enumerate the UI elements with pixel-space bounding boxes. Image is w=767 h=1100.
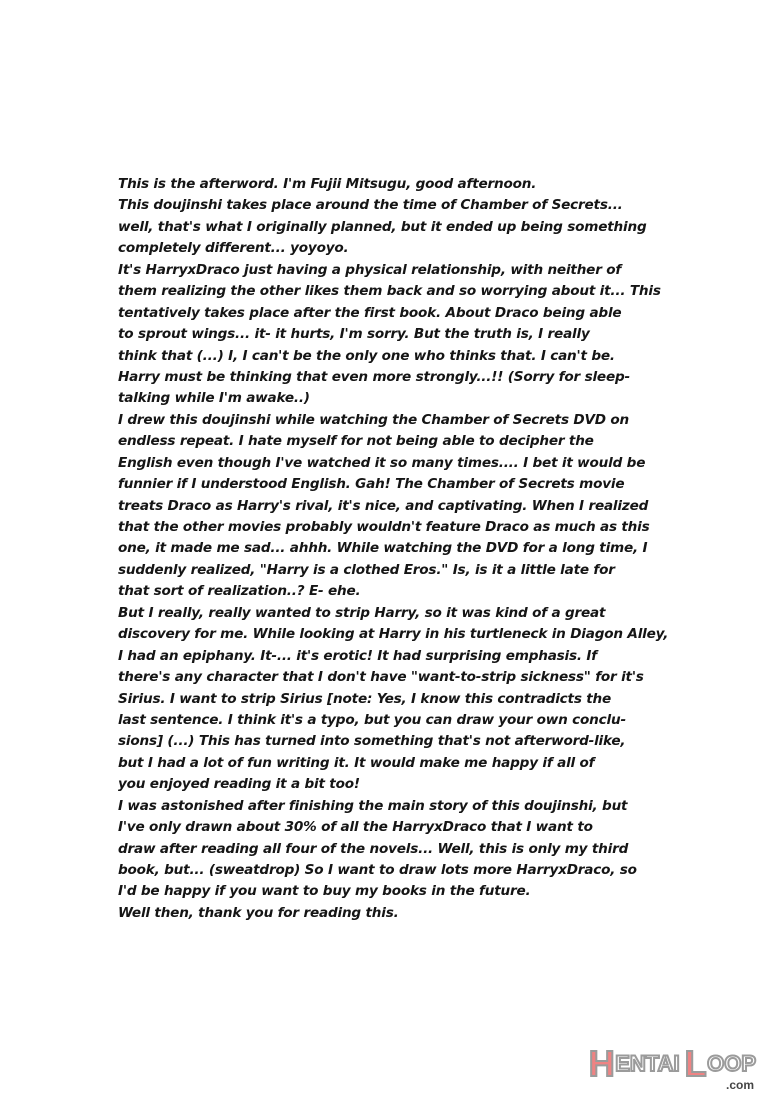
afterword-line: treats Draco as Harry's rival, it's nice… xyxy=(118,496,678,517)
afterword-line: But I really, really wanted to strip Har… xyxy=(118,603,678,624)
afterword-line: well, that's what I originally planned, … xyxy=(118,217,678,238)
afterword-line: discovery for me. While looking at Harry… xyxy=(118,624,678,645)
afterword-line: you enjoyed reading it a bit too! xyxy=(118,774,678,795)
afterword-line: that the other movies probably wouldn't … xyxy=(118,517,678,538)
afterword-line: draw after reading all four of the novel… xyxy=(118,839,678,860)
afterword-line: Sirius. I want to strip Sirius [note: Ye… xyxy=(118,689,678,710)
watermark-letters-entai: ENTAI xyxy=(615,1053,679,1075)
afterword-line: Well then, thank you for reading this. xyxy=(118,903,678,924)
afterword-line: Harry must be thinking that even more st… xyxy=(118,367,678,388)
afterword-line: English even though I've watched it so m… xyxy=(118,453,678,474)
afterword-line: I drew this doujinshi while watching the… xyxy=(118,410,678,431)
afterword-line: I was astonished after finishing the mai… xyxy=(118,796,678,817)
afterword-line: one, it made me sad... ahhh. While watch… xyxy=(118,538,678,559)
afterword-line: completely different... yoyoyo. xyxy=(118,238,678,259)
afterword-line: This doujinshi takes place around the ti… xyxy=(118,195,678,216)
afterword-line: tentatively takes place after the first … xyxy=(118,303,678,324)
watermark-letters-oop: OOP xyxy=(707,1053,756,1075)
afterword-line: It's HarryxDraco just having a physical … xyxy=(118,260,678,281)
afterword-line: book, but... (sweatdrop) So I want to dr… xyxy=(118,860,678,881)
afterword-line: last sentence. I think it's a typo, but … xyxy=(118,710,678,731)
afterword-line: there's any character that I don't have … xyxy=(118,667,678,688)
afterword-line: I had an epiphany. It-... it's erotic! I… xyxy=(118,646,678,667)
afterword-line: think that (...) I, I can't be the only … xyxy=(118,346,678,367)
watermark-letter-l: L xyxy=(685,1046,708,1082)
afterword-page: This is the afterword. I'm Fujii Mitsugu… xyxy=(0,0,767,1100)
watermark-logo: H ENTAI L OOP .com xyxy=(589,1046,756,1092)
afterword-line: This is the afterword. I'm Fujii Mitsugu… xyxy=(118,174,678,195)
afterword-line: them realizing the other likes them back… xyxy=(118,281,678,302)
afterword-line: funnier if I understood English. Gah! Th… xyxy=(118,474,678,495)
afterword-line: suddenly realized, "Harry is a clothed E… xyxy=(118,560,678,581)
afterword-line: but I had a lot of fun writing it. It wo… xyxy=(118,753,678,774)
afterword-line: sions] (...) This has turned into someth… xyxy=(118,731,678,752)
watermark-wordmark: H ENTAI L OOP xyxy=(589,1046,756,1082)
afterword-line: to sprout wings... it- it hurts, I'm sor… xyxy=(118,324,678,345)
afterword-text: This is the afterword. I'm Fujii Mitsugu… xyxy=(118,174,678,924)
afterword-line: endless repeat. I hate myself for not be… xyxy=(118,431,678,452)
afterword-line: I'd be happy if you want to buy my books… xyxy=(118,881,678,902)
watermark-letter-h: H xyxy=(589,1046,616,1082)
afterword-line: talking while I'm awake..) xyxy=(118,388,678,409)
afterword-line: I've only drawn about 30% of all the Har… xyxy=(118,817,678,838)
afterword-line: that sort of realization..? E- ehe. xyxy=(118,581,678,602)
